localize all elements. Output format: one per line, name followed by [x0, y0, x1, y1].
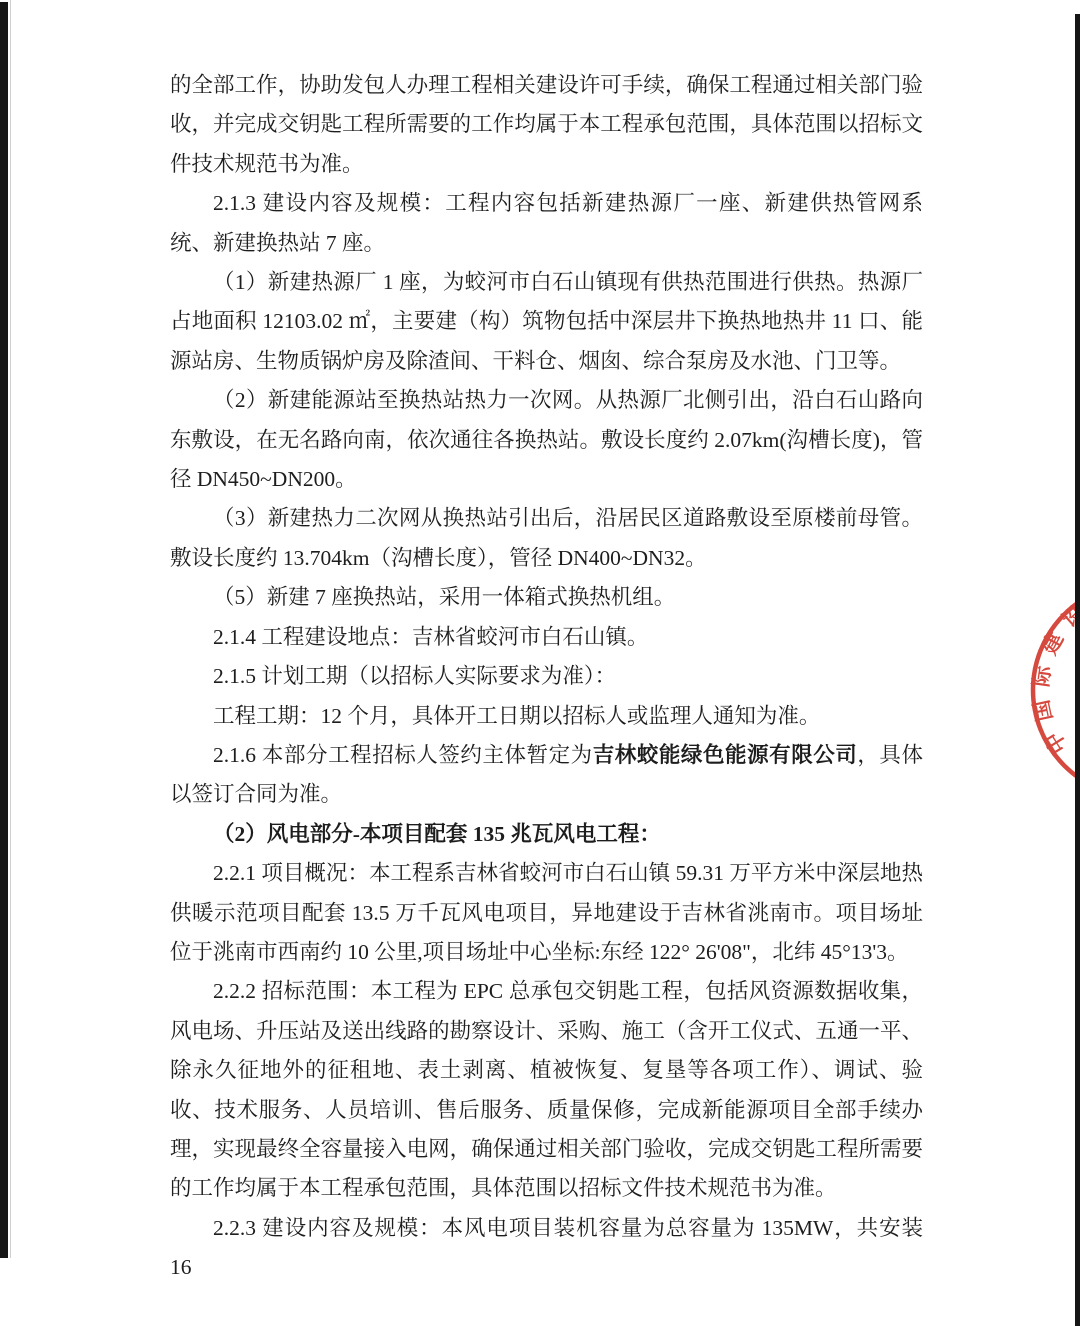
section-2-1-5-planned-duration: 2.1.5 计划工期（以招标人实际要求为准）：: [170, 657, 923, 696]
text-run: 的全部工作，协助发包人办理工程相关建设许可手续，确保工程通过相关部门验收，并完成…: [170, 73, 923, 176]
text-run: 2.1.6 本部分工程招标人签约主体暂定为: [213, 743, 593, 767]
item-2-primary-heat-network: （2）新建能源站至换热站热力一次网。从热源厂北侧引出，沿白石山路向东敷设，在无名…: [170, 381, 923, 499]
section-2-2-1-project-overview: 2.2.1 项目概况：本工程系吉林省蛟河市白石山镇 59.31 万平方米中深层地…: [170, 854, 923, 972]
text-run: 2.2.3 建设内容及规模：本风电项目装机容量为总容量为 135MW，共安装 1…: [170, 1216, 923, 1279]
continuation-paragraph: 的全部工作，协助发包人办理工程相关建设许可手续，确保工程通过相关部门验收，并完成…: [170, 66, 923, 184]
text-run-bold: 吉林蛟能绿色能源有限公司: [593, 743, 858, 767]
section-2-1-4-project-location: 2.1.4 工程建设地点：吉林省蛟河市白石山镇。: [170, 618, 923, 657]
scan-border-right: [1075, 14, 1080, 1326]
text-run-bold: （2）风电部分-本项目配套 135 兆瓦风电工程：: [213, 822, 661, 846]
scan-border-left: [0, 2, 8, 1258]
text-run: 工程工期：12 个月，具体开工日期以招标人或监理人通知为准。: [213, 704, 820, 728]
text-run: 2.2.1 项目概况：本工程系吉林省蛟河市白石山镇 59.31 万平方米中深层地…: [170, 861, 923, 964]
text-run: （3）新建热力二次网从换热站引出后，沿居民区道路敷设至原楼前母管。敷设长度约 1…: [170, 506, 923, 569]
document-body-text: 的全部工作，协助发包人办理工程相关建设许可手续，确保工程通过相关部门验收，并完成…: [170, 66, 923, 1288]
section-2-1-6-contract-entity: 2.1.6 本部分工程招标人签约主体暂定为吉林蛟能绿色能源有限公司，具体以签订合…: [170, 736, 923, 815]
item-3-secondary-heat-network: （3）新建热力二次网从换热站引出后，沿居民区道路敷设至原楼前母管。敷设长度约 1…: [170, 499, 923, 578]
seal-character: 建: [1037, 629, 1068, 659]
construction-period-line: 工程工期：12 个月，具体开工日期以招标人或监理人通知为准。: [170, 697, 923, 736]
section-2-1-3-construction-content: 2.1.3 建设内容及规模：工程内容包括新建热源厂一座、新建供热管网系统、新建换…: [170, 184, 923, 263]
seal-character: 中: [1040, 727, 1071, 758]
seal-ring: [1033, 583, 1078, 797]
seal-character: 国: [1029, 698, 1057, 724]
page-edge-line: [10, 0, 11, 1258]
section-2-2-3-construction-scale: 2.2.3 建设内容及规模：本风电项目装机容量为总容量为 135MW，共安装 1…: [170, 1209, 923, 1288]
red-seal-stamp: 设 建 际 国 中: [1028, 575, 1078, 805]
item-1-heat-source-plant: （1）新建热源厂 1 座，为蛟河市白石山镇现有供热范围进行供热。热源厂占地面积 …: [170, 263, 923, 381]
item-5-heat-exchange-stations: （5）新建 7 座换热站，采用一体箱式换热机组。: [170, 578, 923, 617]
wind-power-part-heading: （2）风电部分-本项目配套 135 兆瓦风电工程：: [170, 815, 923, 854]
text-run: （5）新建 7 座换热站，采用一体箱式换热机组。: [213, 585, 675, 609]
text-run: 2.2.2 招标范围：本工程为 EPC 总承包交钥匙工程，包括风资源数据收集，风…: [170, 979, 923, 1200]
seal-character: 际: [1029, 663, 1056, 688]
section-2-2-2-bidding-scope: 2.2.2 招标范围：本工程为 EPC 总承包交钥匙工程，包括风资源数据收集，风…: [170, 972, 923, 1208]
text-run: 2.1.4 工程建设地点：吉林省蛟河市白石山镇。: [213, 625, 648, 649]
text-run: （2）新建能源站至换热站热力一次网。从热源厂北侧引出，沿白石山路向东敷设，在无名…: [170, 388, 923, 491]
text-run: 2.1.5 计划工期（以招标人实际要求为准）：: [213, 664, 616, 688]
text-run: 2.1.3 建设内容及规模：工程内容包括新建热源厂一座、新建供热管网系统、新建换…: [170, 191, 923, 254]
text-run: （1）新建热源厂 1 座，为蛟河市白石山镇现有供热范围进行供热。热源厂占地面积 …: [170, 270, 923, 373]
